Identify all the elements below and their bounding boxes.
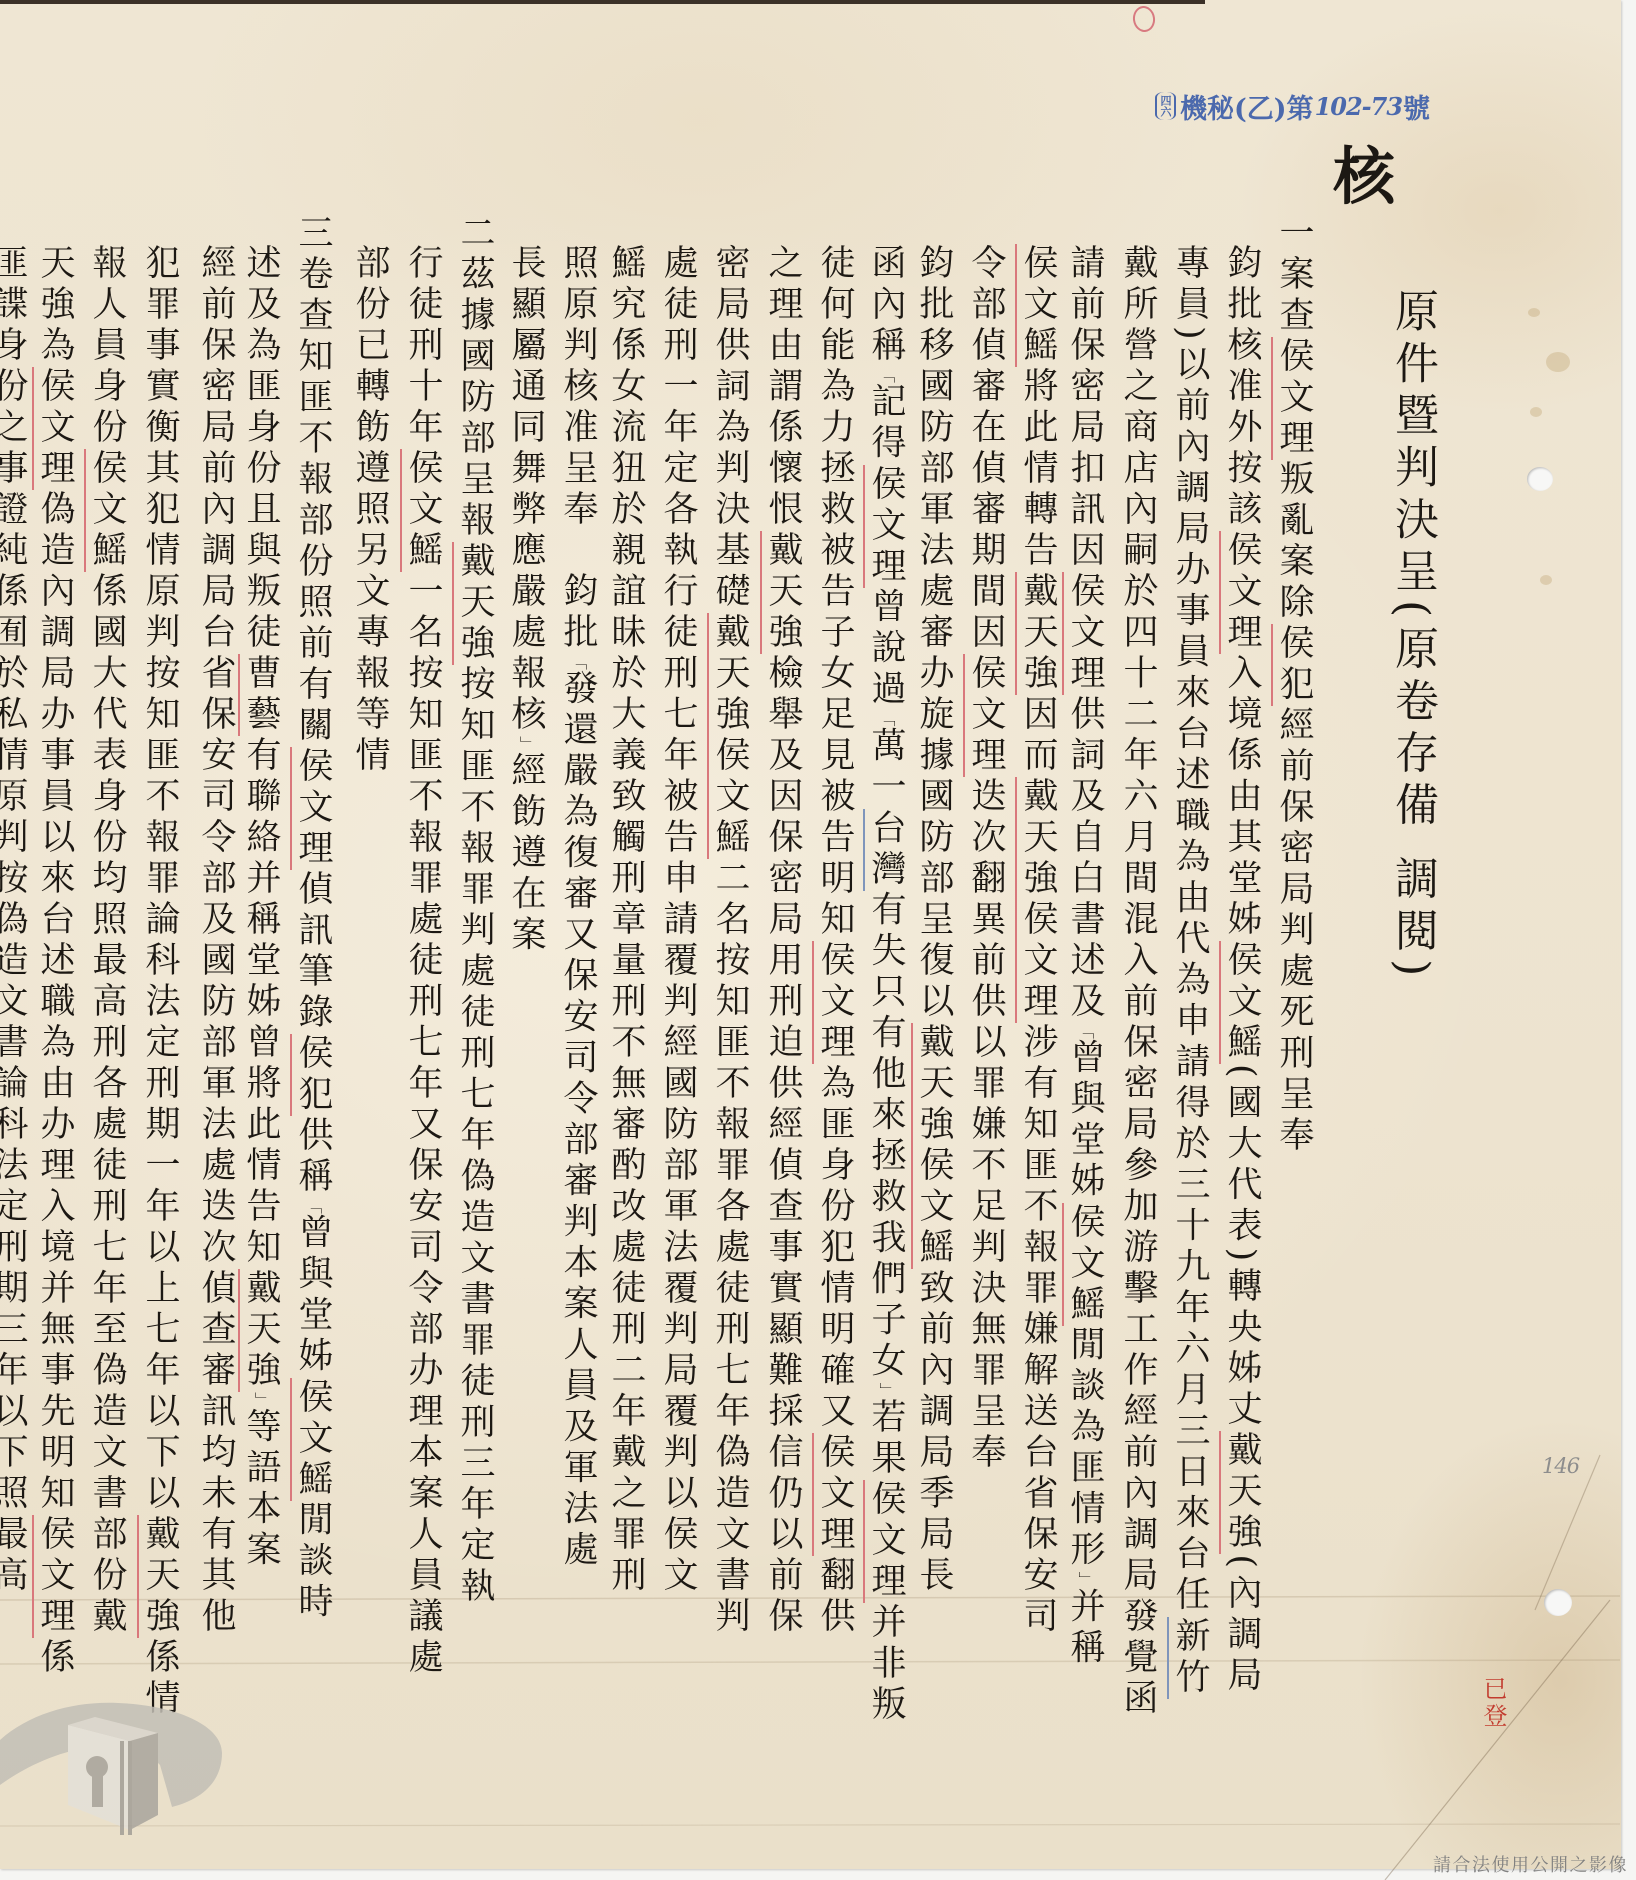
text-column: 匪諜身份之事證純係囿於私情原判按偽造文書論科法定刑期三年以下照最高 — [0, 244, 25, 1597]
text-column: 經前保密局前內調局台省保安司令部及國防部軍法處迭次偵查審訊均未有其他 — [198, 244, 233, 1638]
text-column: 長顯屬通同舞弊應嚴處報核」經飭遵在案 — [509, 244, 544, 957]
quote-mark: 」 — [252, 1392, 271, 1408]
text-column: 密局供詞為判決基礎戴天強侯文鰩二名按知匪不報罪各處徒刑七年偽造文書判 — [712, 244, 747, 1638]
quote-mark: 」 — [877, 1383, 896, 1399]
proper-name-mark: 侯文鰩 — [1015, 244, 1058, 367]
proper-name-mark: 侯文理 — [32, 1515, 75, 1638]
quote-mark: 「 — [877, 367, 896, 383]
proper-name-mark: 戴天強 — [137, 1515, 180, 1638]
proper-name-mark: 侯文鰩 — [911, 1146, 954, 1269]
proper-name-mark: 侯犯 — [290, 1034, 333, 1116]
quote-mark: 「 — [1076, 1023, 1095, 1039]
text-column: 徒何能為力拯救被告子女足見被告明知侯文理為匪身份犯情明確又侯文理翻供 — [817, 244, 852, 1638]
proper-name-mark: 戴天強 — [760, 531, 803, 654]
proper-name-mark: 侯文理 — [812, 941, 855, 1064]
proper-name-mark: 侯犯 — [1271, 624, 1314, 706]
text-column: 報人員身份侯文鰩係國大代表身份均照最高刑各處徒刑七年至偽造文書部份戴 — [89, 244, 124, 1638]
proper-name-mark: 侯文理 — [1219, 531, 1262, 654]
text-column: 一案查侯文理叛亂案除侯犯經前保密局判處死刑呈奉 — [1276, 214, 1311, 1157]
proper-name-mark: 戴天強 — [452, 542, 495, 665]
proper-name-mark: 侯文鰩 — [707, 736, 750, 859]
text-column: 鈞批核准外按該侯文理入境係由其堂姊侯文鰩(國大代表)轉央姊丈戴天強(內調局 — [1224, 244, 1259, 1697]
proper-name-mark: 戴天強 — [1219, 1431, 1262, 1554]
usage-notice: 請合法使用公開之影像 — [1433, 1856, 1628, 1876]
proper-name-mark: 戴天強 — [1015, 572, 1058, 695]
proper-name-mark: 戴天強 — [238, 1269, 281, 1392]
paper-damage-spot — [1528, 308, 1540, 317]
text-column: 犯罪事實衡其犯情原判按知匪不報罪論科法定刑期一年以上七年以下以戴天強係情 — [142, 244, 177, 1720]
paper-damage-spot — [1540, 575, 1552, 585]
serial-number-stamp: 四六 機秘(乙)第 102-73 號 — [1155, 86, 1430, 126]
place-name-mark: 台灣 — [863, 809, 906, 891]
pencil-page-number: 146 — [1542, 1454, 1579, 1478]
proper-name-mark: 戴天強 — [707, 613, 750, 736]
text-column: 部份已轉飭遵照另文專報等情 — [352, 244, 387, 777]
serial-body: 機秘(乙)第 — [1180, 87, 1314, 126]
proper-name-mark: 侯文理 — [1015, 900, 1058, 1023]
proper-name-mark: 侯文理 — [290, 747, 333, 870]
punch-hole — [1544, 1589, 1572, 1616]
paper-damage-spot — [1530, 407, 1542, 417]
quote-mark: 「 — [304, 1198, 323, 1214]
proper-name-mark: 侯文理 — [812, 1433, 855, 1556]
paper-stain — [1546, 352, 1570, 372]
text-column: 二茲據國防部呈報戴天強按知匪不報罪判處徒刑七年偽造文書罪徒刑三年定執 — [457, 214, 492, 1608]
text-column: 請前保密局扣訊因侯文理供詞及自白書述及「曾與堂姊侯文鰩閒談為匪情形」并稱 — [1068, 244, 1103, 1670]
quote-mark: 「 — [569, 654, 588, 670]
proper-name-mark: 侯文理 — [863, 465, 906, 588]
text-column: 戴所營之商店內嗣於四十二年六月間混入前保密局參加游擊工作經前內調局發覺函 — [1120, 244, 1155, 1720]
text-column: 侯文鰩將此情轉告戴天強因而戴天強侯文理涉有知匪不報罪嫌解送台省保安司 — [1020, 244, 1055, 1638]
text-column: 三卷查知匪不報部份照前有關侯文理偵訊筆錄侯犯供稱「曾與堂姊侯文鰩閒談時 — [296, 214, 331, 1624]
proper-name-mark: 侯文理 — [32, 367, 75, 490]
proper-name-mark: 戴天強 — [911, 1023, 954, 1146]
proper-name-mark: 侯文鰩 — [1062, 1203, 1105, 1326]
document-scan: 四六 機秘(乙)第 102-73 號 核 原件暨判決呈(原卷存備 調閱) 一案查… — [0, 0, 1636, 1880]
proper-name-mark: 侯文鰩 — [290, 1378, 333, 1501]
proper-name-mark: 侯文理 — [963, 654, 1006, 777]
text-column: 行徒刑十年侯文鰩一名按知匪不報罪處徒刑七年又保安司令部办理本案人員議處 — [405, 244, 440, 1679]
text-column: 之理由謂係懷恨戴天強檢舉及因保密局用刑迫供經偵查事實顯難採信仍以前保 — [765, 244, 800, 1638]
quote-mark: 」 — [1076, 1572, 1095, 1588]
registered-seal: 已登 — [1481, 1676, 1505, 1730]
text-column: 天強為侯文理偽造內調局办事員以來台述職為由办理入境并無事先明知侯文理係 — [37, 244, 72, 1679]
text-column: 處徒刑一年定各執行徒刑七年被告申請覆判經國防部軍法覆判局覆判以侯文 — [660, 244, 695, 1597]
punch-hole — [1527, 467, 1553, 491]
text-column: 鰩究係女流狃於親誼昧於大義致觸刑章量刑不無審酌改處徒刑二年戴之罪刑 — [608, 244, 643, 1597]
text-column: 令部偵審在偵審期間因侯文理迭次翻異前供以罪嫌不足判決無罪呈奉 — [968, 244, 1003, 1474]
proper-name-mark: 侯文鰩 — [1219, 941, 1262, 1064]
text-column: 述及為匪身份且與叛徒曹藝有聯絡并稱堂姊曾將此情告知戴天強」等語本案 — [244, 244, 279, 1572]
serial-prefix: 四六 — [1155, 92, 1176, 120]
quote-mark: 」 — [517, 736, 536, 752]
proper-name-mark: 曹藝 — [238, 654, 281, 736]
text-column: 鈞批移國防部軍法處審办旋據國防部呈復以戴天強侯文鰩致前內調局季局長 — [916, 244, 951, 1597]
place-name-mark: 新竹 — [1167, 1617, 1210, 1699]
proper-name-mark: 侯文理 — [1062, 572, 1105, 695]
text-column: 照原判核准呈奉 鈞批「發還嚴為復審又保安司令部審判本案人員及軍法處 — [561, 244, 596, 1572]
proper-name-mark: 侯文理 — [1271, 337, 1314, 460]
document-title: 核 — [1333, 146, 1395, 208]
serial-number: 102-73 — [1315, 92, 1402, 121]
serial-suffix: 號 — [1403, 87, 1430, 126]
proper-name-mark: 戴天強 — [1015, 777, 1058, 900]
header-line: 原件暨判決呈(原卷存備 調閱) — [1390, 288, 1434, 984]
quote-mark: 「 — [877, 711, 896, 727]
text-column: 函內稱「記得侯文理曾說過「萬一台灣有失只有他來拯救我們子女」若果侯文理并非叛 — [869, 244, 904, 1726]
text-column: 專員)以前內調局办事員來台述職為由代為申請得於三十九年六月三日來台任新竹 — [1172, 244, 1207, 1699]
proper-name-mark: 侯文理 — [863, 1480, 906, 1603]
proper-name-mark: 侯文鰩 — [84, 449, 127, 572]
proper-name-mark: 侯文鰩 — [400, 449, 443, 572]
scan-top-edge — [0, 0, 1205, 4]
